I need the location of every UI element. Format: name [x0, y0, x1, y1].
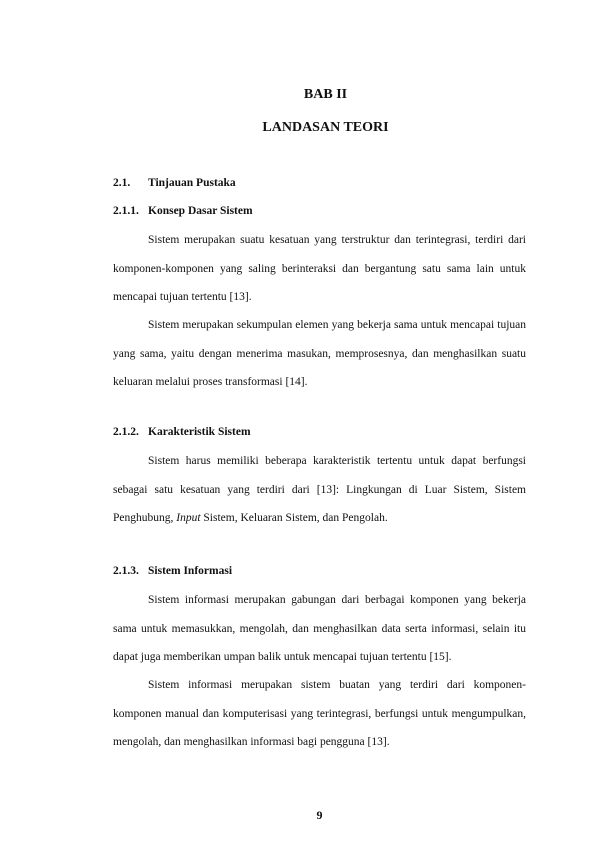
section-number: 2.1.1. [113, 205, 148, 217]
section-heading-2-1-2: 2.1.2.Karakteristik Sistem [113, 426, 251, 438]
section-title: Tinjauan Pustaka [148, 177, 236, 189]
chapter-number: BAB II [28, 87, 595, 103]
section-number: 2.1.2. [113, 426, 148, 438]
chapter-title: LANDASAN TEORI [28, 120, 595, 136]
document-page: BAB II LANDASAN TEORI 2.1.Tinjauan Pusta… [0, 0, 595, 842]
italic-term: Input [176, 512, 200, 524]
page-number: 9 [22, 808, 595, 823]
paragraph: Sistem merupakan suatu kesatuan yang ter… [113, 226, 526, 312]
section-title: Konsep Dasar Sistem [148, 205, 253, 217]
section-number: 2.1.3. [113, 565, 148, 577]
paragraph: Sistem harus memiliki beberapa karakteri… [113, 447, 526, 533]
paragraph-text: Sistem, Keluaran Sistem, dan Pengolah. [201, 512, 388, 524]
section-title: Karakteristik Sistem [148, 426, 251, 438]
paragraph: Sistem informasi merupakan sistem buatan… [113, 671, 526, 757]
paragraph: Sistem informasi merupakan gabungan dari… [113, 586, 526, 672]
section-number: 2.1. [113, 177, 148, 189]
section-title: Sistem Informasi [148, 565, 232, 577]
section-heading-2-1-1: 2.1.1.Konsep Dasar Sistem [113, 205, 253, 217]
section-heading-2-1: 2.1.Tinjauan Pustaka [113, 177, 236, 189]
paragraph: Sistem merupakan sekumpulan elemen yang … [113, 311, 526, 397]
section-heading-2-1-3: 2.1.3.Sistem Informasi [113, 565, 232, 577]
